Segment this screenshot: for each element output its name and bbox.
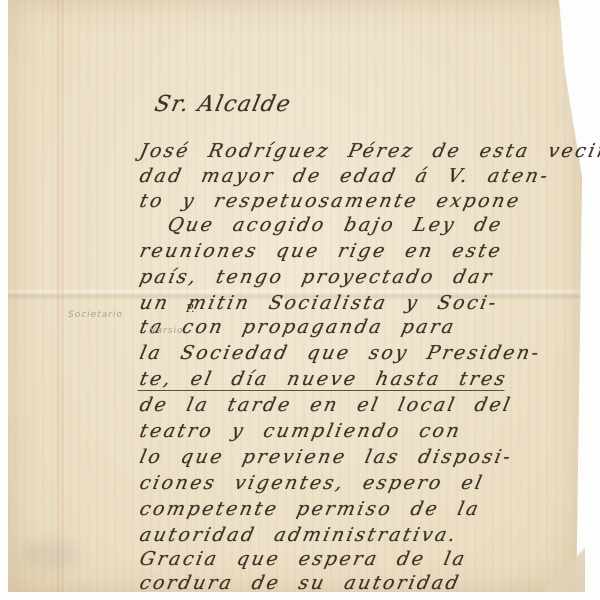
folded-corner [545, 548, 585, 592]
paper-stain [20, 540, 80, 570]
letter-line-2: dad mayor de edad á V. aten- [138, 165, 552, 187]
letter-line-11: de la tarde en el local del [138, 394, 515, 416]
letter-line-5: reuniones que rige en este [138, 240, 505, 262]
letter-line-14: ciones vigentes, espero el [138, 472, 487, 494]
letter-line-10: te, el día nueve hasta tres [138, 368, 510, 390]
letter-line-17: Gracia que espera de la [138, 548, 469, 570]
letter-line-3: to y respetuosamente expone [138, 190, 523, 212]
letter-line-6: país, tengo proyectado dar [138, 266, 496, 288]
underlined-date: te, el día nueve hasta tres [137, 368, 509, 391]
margin-note-pencil: Societario [68, 310, 123, 320]
letter-line-15: competente permiso de la [138, 498, 483, 520]
document-scan: Sr. Alcalde José Rodríguez Pérez de esta… [0, 0, 600, 600]
letter-line-9: la Sociedad que soy Presiden- [138, 342, 543, 364]
letter-line-1: José Rodríguez Pérez de esta vecin- [138, 140, 600, 162]
interlinear-note-pencil: Varsio [150, 326, 184, 336]
letter-line-4: Que acogido bajo Ley de [166, 214, 505, 236]
salutation: Sr. Alcalde [152, 92, 293, 117]
letter-line-18: cordura de su autoridad [138, 572, 463, 594]
letter-line-8: ta con propaganda para [138, 316, 458, 338]
letter-line-12: teatro y cumpliendo con [138, 420, 464, 442]
letter-line-13: lo que previene las disposi- [138, 446, 515, 468]
insertion-mark: P. [186, 302, 195, 315]
letter-line-16: autoridad administrativa. [138, 524, 460, 546]
